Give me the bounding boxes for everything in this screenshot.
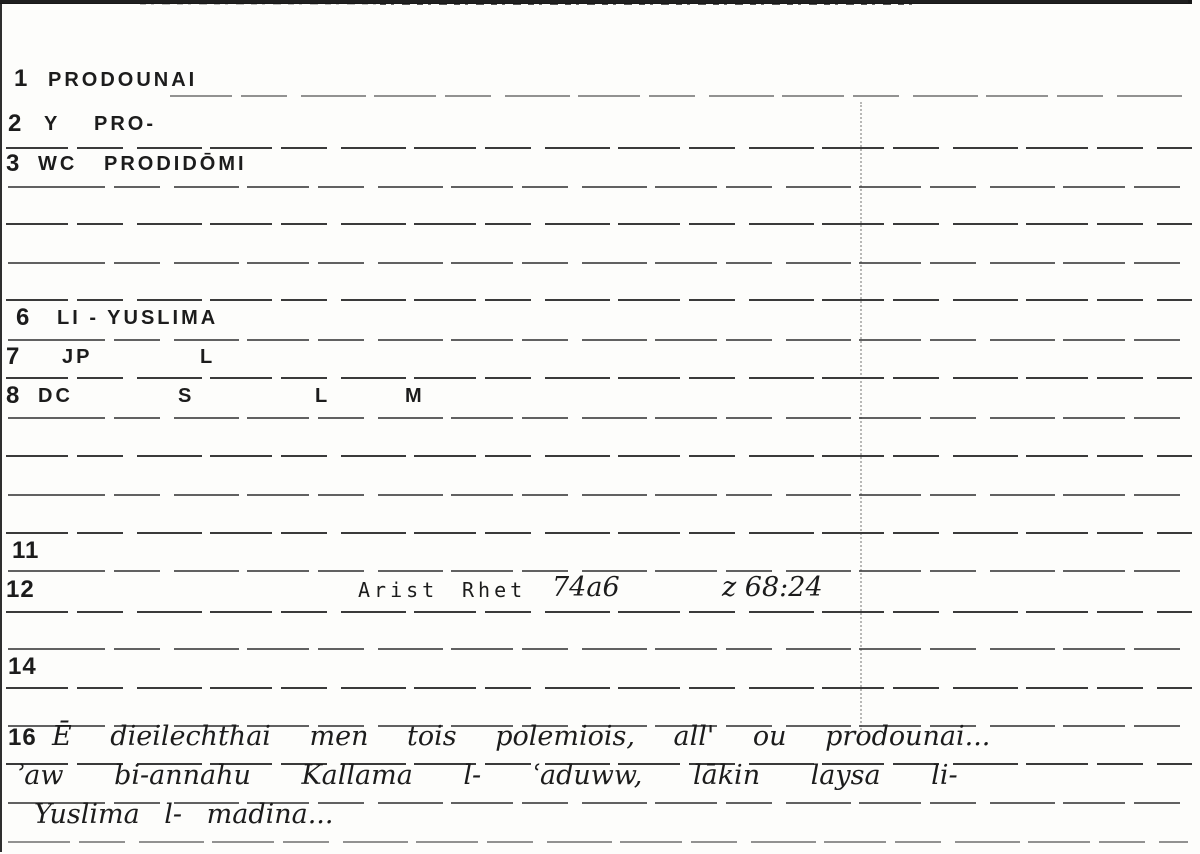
column-mark: L: [315, 385, 330, 408]
ruled-line: [6, 377, 1192, 379]
sigla: DC: [38, 385, 73, 408]
ruled-line: [8, 841, 1188, 843]
entry-number: 7: [6, 343, 20, 371]
entry-number: 16: [8, 724, 37, 752]
ruled-line: [6, 494, 1192, 496]
ruled-line: [6, 611, 1192, 613]
entry-number: 14: [8, 653, 37, 681]
ruled-line: [6, 417, 1192, 419]
column-mark: S: [178, 385, 194, 408]
ruled-line: [6, 223, 1192, 225]
quotation-greek-line: Ē dieilechthai men tois polemiois, all' …: [52, 721, 990, 752]
card-bottom-border: [0, 0, 1188, 3]
citation-locus: 74a6: [552, 572, 620, 603]
ruled-line: [6, 648, 1192, 650]
citation-source-work: Rhet: [462, 578, 526, 602]
ruled-line: [6, 299, 1192, 301]
ruled-line: [6, 262, 1192, 264]
ruled-line: [6, 339, 1192, 341]
entry-number: 6: [16, 304, 30, 332]
vertical-fold-dotted-line: [860, 102, 862, 730]
entry-number: 12: [6, 576, 35, 604]
sigla: WC: [38, 153, 77, 176]
quotation-arabic-line: Yuslima l- madina...: [34, 799, 333, 830]
column-mark: L: [200, 346, 215, 369]
citation-source-author: Arist: [358, 578, 438, 602]
card-right-border: [0, 0, 2, 848]
entry-number: 8: [6, 382, 20, 410]
greek-lemma: PRO-: [94, 113, 156, 136]
ruled-line: [6, 455, 1192, 457]
entry-number: 11: [12, 537, 39, 565]
column-mark: M: [405, 385, 425, 408]
ruled-line: [6, 687, 1192, 689]
entry-number: 2: [8, 110, 22, 138]
ruled-line: [6, 147, 1192, 149]
sigla: Y: [44, 113, 60, 136]
entry-number: 1: [14, 65, 28, 93]
quotation-arabic-line: ʾaw bi-annahu Kallama l- ʿaduww, lākin l…: [16, 760, 958, 791]
ruled-line: [170, 95, 1186, 97]
entry-number: 3: [6, 150, 20, 178]
ruled-line: [6, 186, 1192, 188]
greek-lemma: PRODOUNAI: [48, 69, 197, 92]
citation-reference: z 68:24: [722, 572, 823, 603]
greek-lemma: PRODIDŌMI: [104, 153, 247, 176]
ruled-line: [6, 532, 1192, 534]
sigla: JP: [62, 346, 92, 369]
arabic-equivalent: LI - YUSLIMA: [57, 307, 218, 330]
